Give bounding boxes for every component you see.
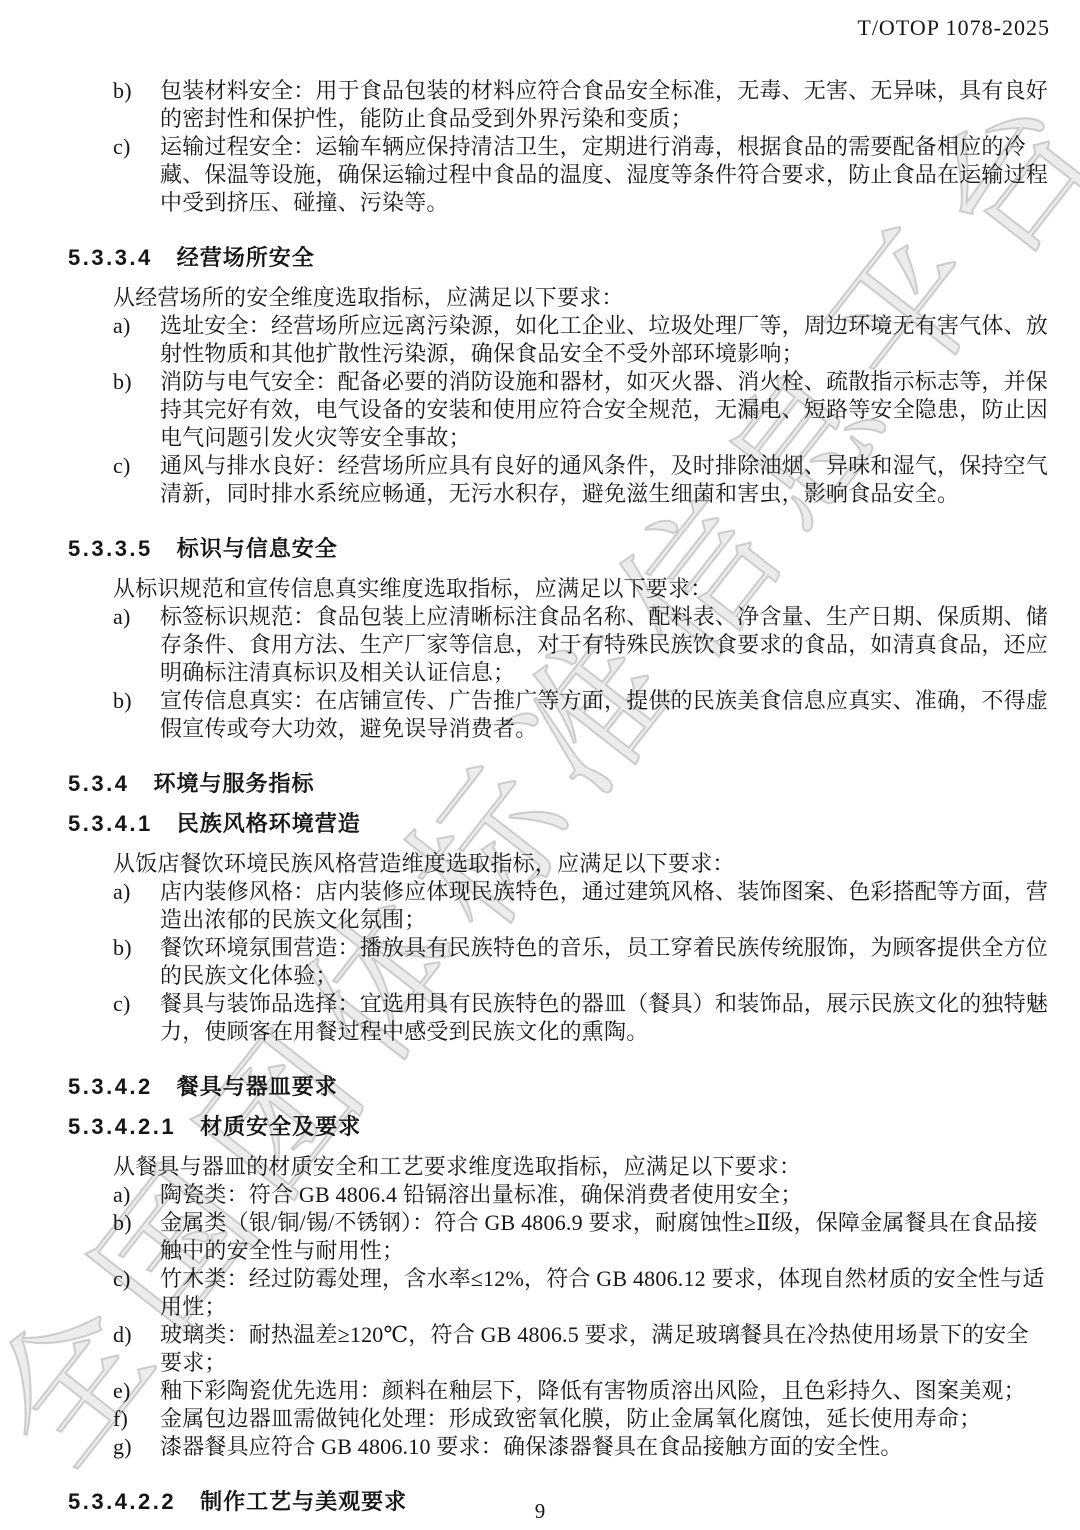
list-item-marker: c)	[113, 990, 131, 1018]
section-heading-5-3-4: 5.3.4环境与服务指标	[68, 770, 1050, 798]
list-item-marker: a)	[113, 1181, 131, 1209]
list-item-text: 运输过程安全：运输车辆应保持清洁卫生，定期进行消毒，根据食品的需要配备相应的冷藏…	[160, 134, 1048, 215]
list-item-text: 通风与排水良好：经营场所应具有良好的通风条件，及时排除油烟、异味和湿气，保持空气…	[160, 453, 1048, 506]
clause-list: a) 选址安全：经营场所应远离污染源，如化工企业、垃圾处理厂等，周边环境无有害气…	[68, 312, 1050, 508]
list-item-marker: c)	[113, 1265, 131, 1293]
section-title: 餐具与器皿要求	[177, 1074, 338, 1099]
section-heading-5-3-4-2-1: 5.3.4.2.1材质安全及要求	[68, 1113, 1050, 1141]
section-heading-5-3-4-1: 5.3.4.1民族风格环境营造	[68, 810, 1050, 838]
list-item-marker: b)	[113, 934, 132, 962]
section-title: 材质安全及要求	[200, 1114, 361, 1139]
list-item: f) 金属包边器皿需做钝化处理：形成致密氧化膜，防止金属氧化腐蚀，延长使用寿命；	[68, 1405, 1050, 1433]
list-item-marker: b)	[113, 368, 132, 396]
list-item-text: 宣传信息真实：在店铺宣传、广告推广等方面，提供的民族美食信息应真实、准确，不得虚…	[160, 688, 1048, 741]
section-title: 标识与信息安全	[177, 536, 338, 561]
list-item: b) 餐饮环境氛围营造：播放具有民族特色的音乐，员工穿着民族传统服饰，为顾客提供…	[68, 934, 1050, 990]
section-number: 5.3.4.2	[68, 1074, 153, 1099]
section-title: 环境与服务指标	[153, 771, 314, 796]
list-item-text: 标签标识规范：食品包装上应清晰标注食品名称、配料表、净含量、生产日期、保质期、储…	[160, 604, 1048, 685]
section-intro: 从标识规范和宣传信息真实维度选取指标，应满足以下要求：	[113, 575, 1050, 603]
section-number: 5.3.4.2.1	[68, 1114, 176, 1139]
list-item: a) 陶瓷类：符合 GB 4806.4 铅镉溶出量标准，确保消费者使用安全；	[68, 1181, 1050, 1209]
list-item: a) 店内装修风格：店内装修应体现民族特色，通过建筑风格、装饰图案、色彩搭配等方…	[68, 878, 1050, 934]
section-heading-5-3-3-4: 5.3.3.4经营场所安全	[68, 244, 1050, 272]
list-item: b) 包装材料安全：用于食品包装的材料应符合食品安全标准，无毒、无害、无异味，具…	[68, 77, 1050, 133]
list-item: c) 竹木类：经过防霉处理，含水率≤12%，符合 GB 4806.12 要求，体…	[68, 1265, 1050, 1321]
list-item-marker: d)	[113, 1321, 132, 1349]
list-item-text: 陶瓷类：符合 GB 4806.4 铅镉溶出量标准，确保消费者使用安全；	[160, 1182, 803, 1207]
section-number: 5.3.4	[68, 771, 129, 796]
clause-list: a) 店内装修风格：店内装修应体现民族特色，通过建筑风格、装饰图案、色彩搭配等方…	[68, 878, 1050, 1046]
page-number: 9	[0, 1498, 1080, 1524]
list-item-text: 店内装修风格：店内装修应体现民族特色，通过建筑风格、装饰图案、色彩搭配等方面，营…	[160, 879, 1048, 932]
list-item-text: 竹木类：经过防霉处理，含水率≤12%，符合 GB 4806.12 要求，体现自然…	[160, 1266, 1045, 1319]
list-item-marker: b)	[113, 77, 132, 105]
list-item-marker: a)	[113, 312, 131, 340]
list-item-marker: b)	[113, 1209, 132, 1237]
list-item-text: 漆器餐具应符合 GB 4806.10 要求：确保漆器餐具在食品接触方面的安全性。	[160, 1434, 903, 1459]
list-item-text: 消防与电气安全：配备必要的消防设施和器材，如灭火器、消火栓、疏散指示标志等，并保…	[160, 369, 1048, 450]
standard-code-header: T/OTOP 1078-2025	[68, 15, 1050, 41]
section-intro: 从餐具与器皿的材质安全和工艺要求维度选取指标，应满足以下要求：	[113, 1153, 1050, 1181]
list-item: b) 消防与电气安全：配备必要的消防设施和器材，如灭火器、消火栓、疏散指示标志等…	[68, 368, 1050, 452]
section-title: 民族风格环境营造	[177, 811, 361, 836]
list-item-text: 金属类（银/铜/锡/不锈钢）：符合 GB 4806.9 要求，耐腐蚀性≥Ⅱ级，保…	[160, 1210, 1038, 1263]
list-item: b) 宣传信息真实：在店铺宣传、广告推广等方面，提供的民族美食信息应真实、准确，…	[68, 687, 1050, 743]
list-item-marker: c)	[113, 452, 131, 480]
list-item: d) 玻璃类：耐热温差≥120℃，符合 GB 4806.5 要求，满足玻璃餐具在…	[68, 1321, 1050, 1377]
section-heading-5-3-4-2: 5.3.4.2餐具与器皿要求	[68, 1073, 1050, 1101]
list-item-marker: a)	[113, 878, 131, 906]
list-item-text: 餐具与装饰品选择：宜选用具有民族特色的器皿（餐具）和装饰品，展示民族文化的独特魅…	[160, 991, 1048, 1044]
list-item-marker: e)	[113, 1377, 131, 1405]
list-item-text: 包装材料安全：用于食品包装的材料应符合食品安全标准，无毒、无害、无异味，具有良好…	[160, 78, 1048, 131]
list-item: c) 通风与排水良好：经营场所应具有良好的通风条件，及时排除油烟、异味和湿气，保…	[68, 452, 1050, 508]
list-item: c) 餐具与装饰品选择：宜选用具有民族特色的器皿（餐具）和装饰品，展示民族文化的…	[68, 990, 1050, 1046]
list-item-marker: f)	[113, 1405, 128, 1433]
list-item-text: 选址安全：经营场所应远离污染源，如化工企业、垃圾处理厂等，周边环境无有害气体、放…	[160, 313, 1048, 366]
continued-clause-list: b) 包装材料安全：用于食品包装的材料应符合食品安全标准，无毒、无害、无异味，具…	[68, 77, 1050, 217]
list-item-text: 玻璃类：耐热温差≥120℃，符合 GB 4806.5 要求，满足玻璃餐具在冷热使…	[160, 1322, 1029, 1375]
section-heading-5-3-3-5: 5.3.3.5标识与信息安全	[68, 535, 1050, 563]
list-item: a) 选址安全：经营场所应远离污染源，如化工企业、垃圾处理厂等，周边环境无有害气…	[68, 312, 1050, 368]
clause-list: a) 标签标识规范：食品包装上应清晰标注食品名称、配料表、净含量、生产日期、保质…	[68, 603, 1050, 743]
list-item-marker: a)	[113, 603, 131, 631]
list-item-text: 釉下彩陶瓷优先选用：颜料在釉层下，降低有害物质溶出风险，且色彩持久、图案美观；	[160, 1378, 1026, 1403]
section-number: 5.3.3.4	[68, 245, 153, 270]
list-item-text: 餐饮环境氛围营造：播放具有民族特色的音乐，员工穿着民族传统服饰，为顾客提供全方位…	[160, 935, 1048, 988]
list-item: c) 运输过程安全：运输车辆应保持清洁卫生，定期进行消毒，根据食品的需要配备相应…	[68, 133, 1050, 217]
list-item-marker: c)	[113, 133, 131, 161]
clause-list: a) 陶瓷类：符合 GB 4806.4 铅镉溶出量标准，确保消费者使用安全； b…	[68, 1181, 1050, 1461]
section-number: 5.3.3.5	[68, 536, 153, 561]
list-item-marker: b)	[113, 687, 132, 715]
list-item: e) 釉下彩陶瓷优先选用：颜料在釉层下，降低有害物质溶出风险，且色彩持久、图案美…	[68, 1377, 1050, 1405]
list-item: b) 金属类（银/铜/锡/不锈钢）：符合 GB 4806.9 要求，耐腐蚀性≥Ⅱ…	[68, 1209, 1050, 1265]
list-item: a) 标签标识规范：食品包装上应清晰标注食品名称、配料表、净含量、生产日期、保质…	[68, 603, 1050, 687]
list-item: g) 漆器餐具应符合 GB 4806.10 要求：确保漆器餐具在食品接触方面的安…	[68, 1433, 1050, 1461]
page-content: T/OTOP 1078-2025 b) 包装材料安全：用于食品包装的材料应符合食…	[0, 0, 1080, 1516]
section-intro: 从饭店餐饮环境民族风格营造维度选取指标，应满足以下要求：	[113, 850, 1050, 878]
list-item-marker: g)	[113, 1433, 132, 1461]
list-item-text: 金属包边器皿需做钝化处理：形成致密氧化膜，防止金属氧化腐蚀，延长使用寿命；	[160, 1406, 981, 1431]
section-title: 经营场所安全	[177, 245, 315, 270]
section-intro: 从经营场所的安全维度选取指标，应满足以下要求：	[113, 284, 1050, 312]
section-number: 5.3.4.1	[68, 811, 153, 836]
